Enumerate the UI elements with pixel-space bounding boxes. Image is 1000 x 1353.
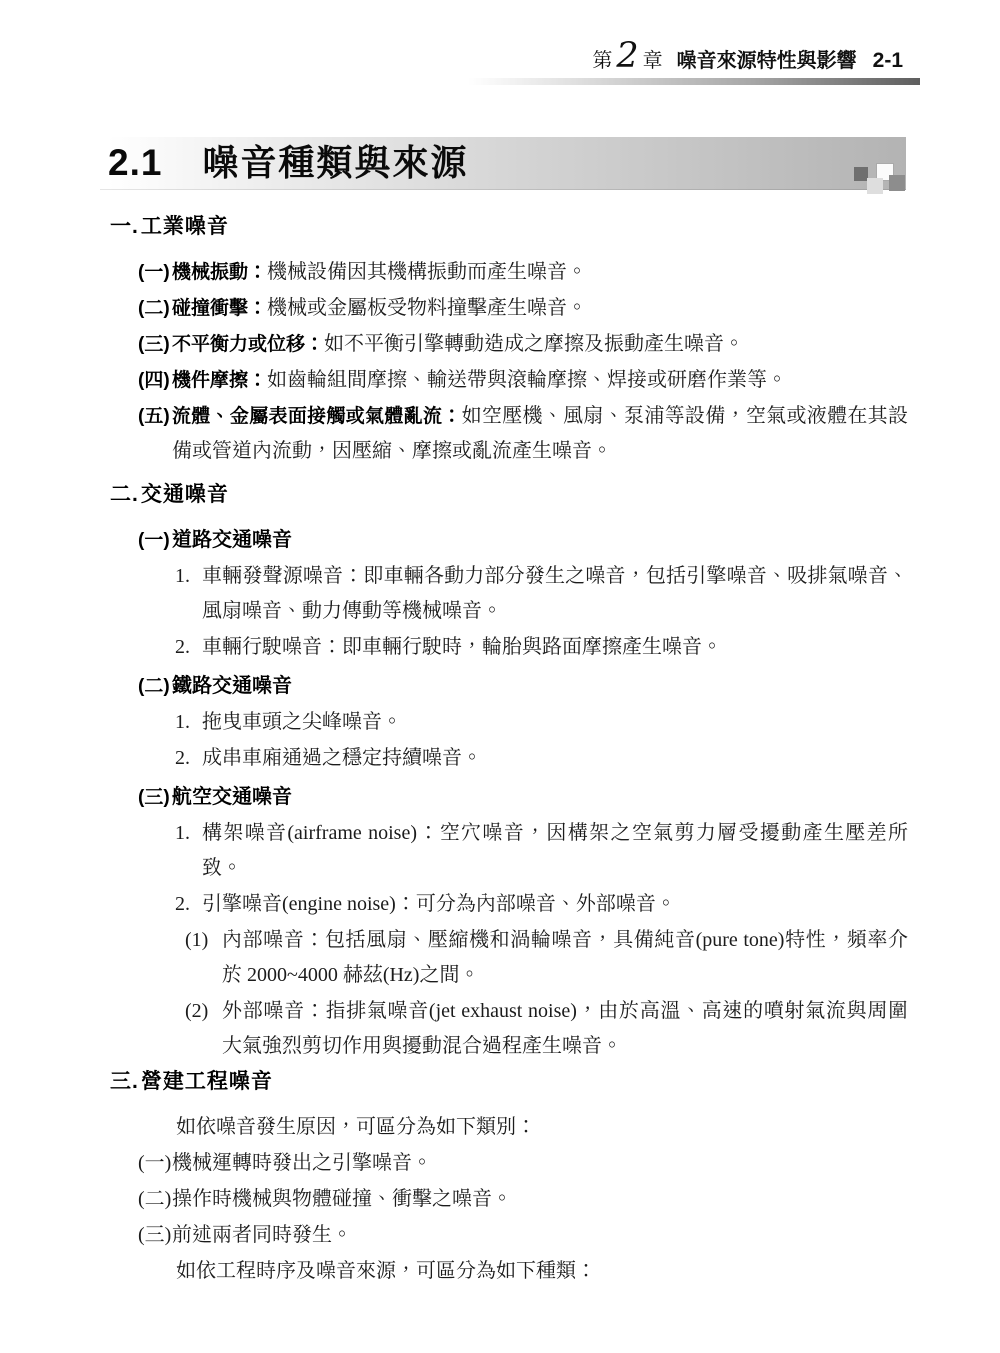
- list-item: 1. 車輛發聲源噪音：即車輛各動力部分發生之噪音，包括引擎噪音、吸排氣噪音、風扇…: [175, 559, 908, 629]
- section-industrial-noise: 一.工業噪音 (一) 機械振動：機械設備因其機構振動而產生噪音。 (二) 碰撞衝…: [110, 213, 908, 469]
- item-desc: 拖曳車頭之尖峰噪音。: [202, 705, 908, 740]
- list-item: 2. 車輛行駛噪音：即車輛行駛時，輪胎與路面摩擦產生噪音。: [175, 630, 908, 665]
- item-marker: 1.: [175, 705, 202, 740]
- item-term: 機械振動：: [172, 262, 267, 283]
- item-text: 碰撞衝擊：機械或金屬板受物料撞擊產生噪音。: [172, 291, 908, 326]
- item-text: 鐵路交通噪音: [172, 669, 908, 704]
- group-heading-road: (一) 道路交通噪音: [138, 523, 908, 558]
- item-marker: 2.: [175, 887, 202, 922]
- item-marker: 1.: [175, 816, 202, 851]
- item-marker: (2): [185, 994, 222, 1029]
- page-body: 一.工業噪音 (一) 機械振動：機械設備因其機構振動而產生噪音。 (二) 碰撞衝…: [0, 213, 1000, 1290]
- heading-traffic-noise: 二.交通噪音: [110, 481, 908, 509]
- heading-title: 交通噪音: [141, 483, 229, 506]
- list-item: (二) 操作時機械與物體碰撞、衝擊之噪音。: [138, 1182, 908, 1217]
- item-marker: (三): [138, 780, 172, 815]
- section-title-banner: 2.1噪音種類與來源: [100, 137, 906, 190]
- section-traffic-noise: 二.交通噪音 (一) 道路交通噪音 1. 車輛發聲源噪音：即車輛各動力部分發生之…: [110, 481, 908, 1064]
- item-marker: 1.: [175, 559, 202, 594]
- group-heading-rail: (二) 鐵路交通噪音: [138, 669, 908, 704]
- heading-construction-noise: 三.營建工程噪音: [110, 1068, 908, 1096]
- item-marker: 2.: [175, 741, 202, 776]
- group-title: 航空交通噪音: [172, 786, 292, 808]
- item-marker: (1): [185, 923, 222, 958]
- item-desc: 前述兩者同時發生。: [172, 1218, 908, 1253]
- list-item: 2. 引擎噪音(engine noise)：可分為內部噪音、外部噪音。: [175, 887, 908, 922]
- item-text: 道路交通噪音: [172, 523, 908, 558]
- item-text: 流體、金屬表面接觸或氣體亂流：如空壓機、風扇、泵浦等設備，空氣或液體在其設備或管…: [172, 399, 908, 469]
- banner-squares-decoration: [100, 137, 906, 189]
- item-desc: 外部噪音：指排氣噪音(jet exhaust noise)，由於高溫、高速的噴射…: [222, 994, 908, 1064]
- sub-list-item: (1) 內部噪音：包括風扇、壓縮機和渦輪噪音，具備純音(pure tone)特性…: [185, 923, 908, 993]
- heading-title: 工業噪音: [141, 215, 229, 238]
- item-text: 不平衡力或位移：如不平衡引擎轉動造成之摩擦及振動產生噪音。: [172, 327, 908, 362]
- item-desc: 機械運轉時發出之引擎噪音。: [172, 1146, 908, 1181]
- item-term: 不平衡力或位移：: [172, 334, 324, 355]
- list-item: (一) 機械運轉時發出之引擎噪音。: [138, 1146, 908, 1181]
- item-marker: (二): [138, 669, 172, 704]
- document-page: 第2章噪音來源特性與影響2-1 2.1噪音種類與來源 一.工業噪音 (一) 機械…: [0, 0, 1000, 1353]
- item-desc: 如齒輪組間摩擦、輸送帶與滾輪摩擦、焊接或研磨作業等。: [267, 369, 787, 391]
- deco-square-medium: [889, 175, 905, 191]
- item-marker: (三): [138, 327, 172, 362]
- page-number: 2-1: [873, 49, 903, 72]
- group-title: 鐵路交通噪音: [172, 675, 292, 697]
- item-desc: 車輛發聲源噪音：即車輛各動力部分發生之噪音，包括引擎噪音、吸排氣噪音、風扇噪音、…: [202, 559, 908, 629]
- item-marker: (二): [138, 291, 172, 326]
- list-item: (三) 不平衡力或位移：如不平衡引擎轉動造成之摩擦及振動產生噪音。: [138, 327, 908, 362]
- list-item: (二) 碰撞衝擊：機械或金屬板受物料撞擊產生噪音。: [138, 291, 908, 326]
- item-text: 航空交通噪音: [172, 780, 908, 815]
- item-marker: (一): [138, 255, 172, 290]
- item-marker: (一): [138, 1146, 172, 1181]
- sub-list-item: (2) 外部噪音：指排氣噪音(jet exhaust noise)，由於高溫、高…: [185, 994, 908, 1064]
- chapter-title: 噪音來源特性與影響: [677, 50, 857, 72]
- item-desc: 如不平衡引擎轉動造成之摩擦及振動產生噪音。: [324, 333, 744, 355]
- group-heading-aviation: (三) 航空交通噪音: [138, 780, 908, 815]
- item-desc: 構架噪音(airframe noise)：空穴噪音，因構架之空氣剪力層受擾動產生…: [202, 816, 908, 886]
- deco-square-light: [867, 178, 883, 194]
- chapter-suffix: 章: [643, 50, 663, 72]
- item-term: 機件摩擦：: [172, 370, 267, 391]
- item-marker: (二): [138, 1182, 172, 1217]
- list-item: 1. 構架噪音(airframe noise)：空穴噪音，因構架之空氣剪力層受擾…: [175, 816, 908, 886]
- deco-square-dark: [854, 167, 868, 181]
- item-text: 機件摩擦：如齒輪組間摩擦、輸送帶與滾輪摩擦、焊接或研磨作業等。: [172, 363, 908, 398]
- item-marker: (一): [138, 523, 172, 558]
- section-construction-noise: 三.營建工程噪音 如依噪音發生原因，可區分為如下類別： (一) 機械運轉時發出之…: [110, 1068, 908, 1289]
- list-item: (五) 流體、金屬表面接觸或氣體亂流：如空壓機、風扇、泵浦等設備，空氣或液體在其…: [138, 399, 908, 469]
- item-term: 碰撞衝擊：: [172, 298, 267, 319]
- item-desc: 機械設備因其機構振動而產生噪音。: [267, 261, 587, 283]
- running-head: 第2章噪音來源特性與影響2-1: [0, 44, 1000, 73]
- header-gradient-rule: [468, 78, 920, 85]
- page-header: 第2章噪音來源特性與影響2-1: [0, 44, 1000, 85]
- heading-number: 二.: [110, 483, 139, 506]
- item-desc: 內部噪音：包括風扇、壓縮機和渦輪噪音，具備純音(pure tone)特性，頻率介…: [222, 923, 908, 993]
- item-text: 機械振動：機械設備因其機構振動而產生噪音。: [172, 255, 908, 290]
- outro-paragraph: 如依工程時序及噪音來源，可區分為如下種類：: [176, 1254, 908, 1289]
- item-desc: 車輛行駛噪音：即車輛行駛時，輪胎與路面摩擦產生噪音。: [202, 630, 908, 665]
- item-marker: (四): [138, 363, 172, 398]
- item-term: 流體、金屬表面接觸或氣體亂流：: [172, 406, 462, 427]
- item-desc: 操作時機械與物體碰撞、衝擊之噪音。: [172, 1182, 908, 1217]
- item-marker: 2.: [175, 630, 202, 665]
- item-desc: 成串車廂通過之穩定持續噪音。: [202, 741, 908, 776]
- list-item: (三) 前述兩者同時發生。: [138, 1218, 908, 1253]
- intro-paragraph: 如依噪音發生原因，可區分為如下類別：: [176, 1110, 908, 1145]
- heading-title: 營建工程噪音: [141, 1070, 273, 1093]
- item-desc: 引擎噪音(engine noise)：可分為內部噪音、外部噪音。: [202, 887, 908, 922]
- heading-industrial-noise: 一.工業噪音: [110, 213, 908, 241]
- item-desc: 機械或金屬板受物料撞擊產生噪音。: [267, 297, 587, 319]
- list-item: 2. 成串車廂通過之穩定持續噪音。: [175, 741, 908, 776]
- group-title: 道路交通噪音: [172, 529, 292, 551]
- item-marker: (三): [138, 1218, 172, 1253]
- heading-number: 三.: [110, 1070, 139, 1093]
- list-item: (一) 機械振動：機械設備因其機構振動而產生噪音。: [138, 255, 908, 290]
- chapter-number: 2: [612, 36, 642, 76]
- chapter-prefix: 第: [592, 50, 612, 72]
- heading-number: 一.: [110, 215, 139, 238]
- item-marker: (五): [138, 399, 172, 434]
- list-item: 1. 拖曳車頭之尖峰噪音。: [175, 705, 908, 740]
- list-item: (四) 機件摩擦：如齒輪組間摩擦、輸送帶與滾輪摩擦、焊接或研磨作業等。: [138, 363, 908, 398]
